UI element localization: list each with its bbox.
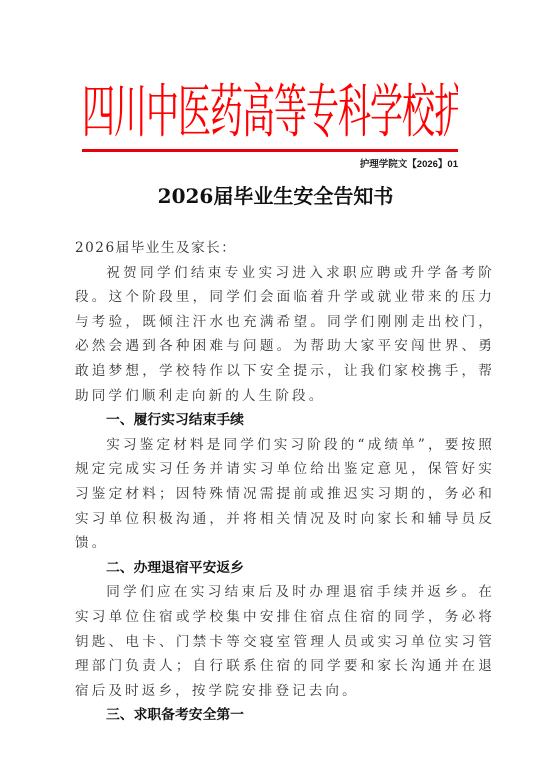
section-heading-3: 三、求职备考安全第一 xyxy=(75,703,495,728)
salutation: 2026届毕业生及家长： xyxy=(75,236,495,261)
document-page: 四川中医药高等专科学校护理学院 护理学院文【2026】01 2026届毕业生安全… xyxy=(0,0,551,775)
document-body: 2026届毕业生及家长： 祝贺同学们结束专业实习进入求职应聘或升学备考阶段。这个… xyxy=(75,236,495,728)
document-title: 2026届毕业生安全告知书 xyxy=(0,180,551,209)
doc-number-prefix: 护理学院文 xyxy=(360,159,408,170)
section-paragraph-1: 实习鉴定材料是同学们实习阶段的“成绩单”，要按照规定完成实习任务并请实习单位给出… xyxy=(75,433,495,556)
section-paragraph-2: 同学们应在实习结束后及时办理退宿手续并返乡。在实习单位住宿或学校集中安排住宿点住… xyxy=(75,580,495,703)
doc-number-year: 【2026】 xyxy=(407,159,447,170)
institution-name: 四川中医药高等专科学校护理学院 xyxy=(82,78,458,146)
section-heading-2: 二、办理退宿平安返乡 xyxy=(75,556,495,581)
masthead-red-rule xyxy=(82,149,458,152)
document-number: 护理学院文【2026】01 xyxy=(360,156,458,170)
masthead: 四川中医药高等专科学校护理学院 xyxy=(82,78,458,146)
doc-number-serial: 01 xyxy=(447,159,458,170)
section-heading-1: 一、履行实习结束手续 xyxy=(75,408,495,433)
intro-paragraph: 祝贺同学们结束专业实习进入求职应聘或升学备考阶段。这个阶段里，同学们会面临着升学… xyxy=(75,261,495,409)
